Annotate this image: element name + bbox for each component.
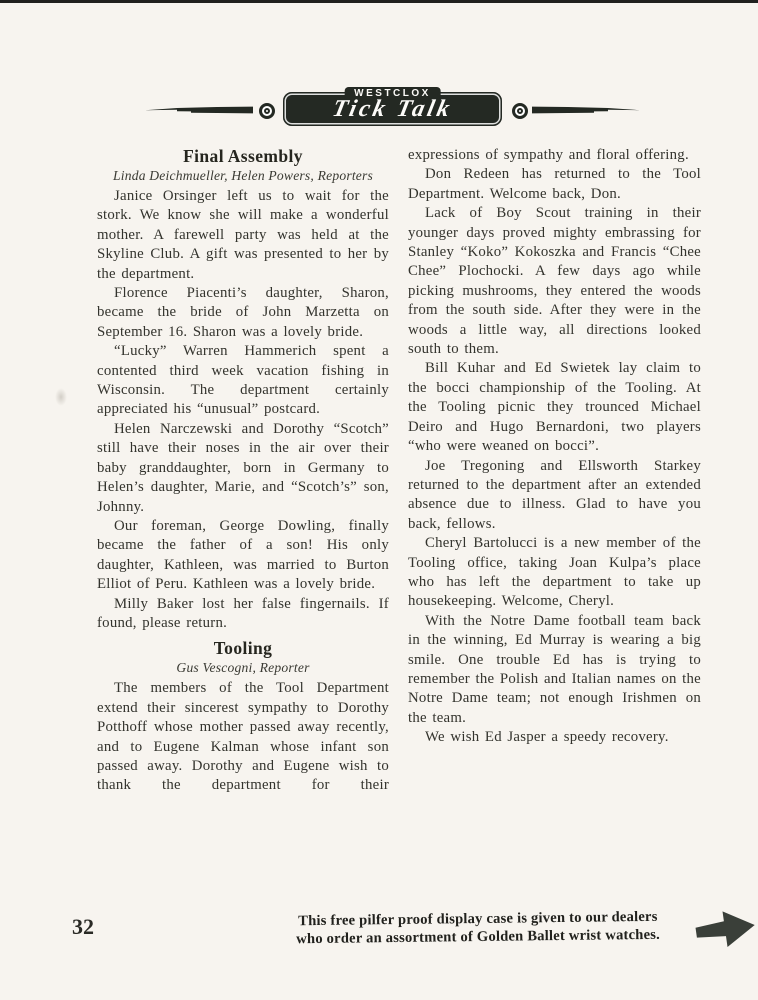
byline-tooling: Gus Vescogni, Reporter <box>97 660 389 676</box>
paragraph: Bill Kuhar and Ed Swietek lay claim to t… <box>408 359 701 456</box>
masthead: WESTCLOX Tick Talk <box>0 84 758 136</box>
paragraph: Milly Baker lost her false fingernails. … <box>97 595 389 634</box>
paragraph: Helen Narczewski and Dorothy “Scotch” st… <box>97 420 389 517</box>
footer-caption: This free pilfer proof display case is g… <box>252 908 704 949</box>
section-heading-tooling: Tooling <box>97 638 389 659</box>
scan-smudge <box>55 388 67 406</box>
paragraph: Janice Orsinger left us to wait for the … <box>97 187 389 284</box>
ring-dot-icon <box>264 108 270 114</box>
paragraph: Lack of Boy Scout training in their youn… <box>408 204 701 359</box>
left-column: Final Assembly Linda Deichmueller, Helen… <box>97 146 389 796</box>
right-arrow-icon <box>694 903 758 955</box>
ring-dot-icon <box>517 108 523 114</box>
paragraph: With the Notre Dame football team back i… <box>408 612 701 728</box>
paragraph: The members of the Tool Department exten… <box>97 679 389 795</box>
paragraph: Our foreman, George Dowling, finally bec… <box>97 517 389 595</box>
section-heading-final-assembly: Final Assembly <box>97 146 389 167</box>
logo-script-title: Tick Talk <box>280 96 505 122</box>
paragraph: We wish Ed Jasper a speedy recovery. <box>408 728 701 747</box>
paragraph-continuation: expressions of sympathy and floral offer… <box>408 146 701 165</box>
paragraph: Don Redeen has returned to the Tool Depa… <box>408 165 701 204</box>
ring-icon <box>512 103 528 119</box>
watch-hand-icon <box>145 104 257 116</box>
ring-icon <box>259 103 275 119</box>
paragraph: Florence Piacenti’s daughter, Sharon, be… <box>97 284 389 342</box>
byline-final-assembly: Linda Deichmueller, Helen Powers, Report… <box>97 168 389 184</box>
scan-edge-artifact <box>0 0 758 3</box>
page-number: 32 <box>72 914 94 940</box>
watch-hand-icon <box>528 104 640 116</box>
paragraph: Cheryl Bartolucci is a new member of the… <box>408 534 701 612</box>
paragraph: Joe Tregoning and Ellsworth Starkey retu… <box>408 457 701 535</box>
paragraph: “Lucky” Warren Hammerich spent a content… <box>97 342 389 420</box>
right-column: expressions of sympathy and floral offer… <box>408 146 701 748</box>
tick-talk-logo: WESTCLOX Tick Talk <box>283 92 502 126</box>
